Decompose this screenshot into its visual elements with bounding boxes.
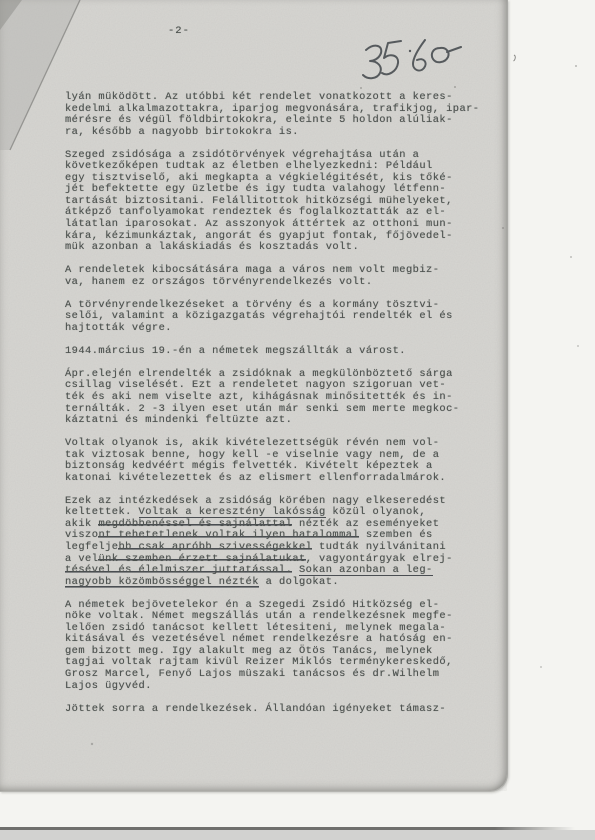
paragraph: Ápr.elején elrendelték a zsidóknak a meg… xyxy=(65,369,505,427)
text-line: káztatni és mindenki feltüzte azt. xyxy=(65,415,505,427)
text-segment: A rendeletek kibocsátására maga a város … xyxy=(65,264,439,276)
text-segment: a dolgokat. xyxy=(259,576,339,588)
text-line: Jöttek sorra a rendelkezések. Állandóan … xyxy=(65,704,505,716)
text-segment: látatlan iparosokat. Az asszonyok áttért… xyxy=(65,218,453,230)
text-line: Lajos ügyvéd. xyxy=(65,681,505,693)
text-segment: legfelje xyxy=(65,541,118,553)
text-segment: A törvényrendelkezéseket a törvény és a … xyxy=(65,299,439,311)
typewritten-text: lyán müködött. Az utóbbi két rendelet vo… xyxy=(65,92,505,727)
text-segment: Ezek az intézkedések a zsidóság körében … xyxy=(65,495,446,507)
text-segment: kára, kézimunkáztak, angorát és gyapjut … xyxy=(65,230,453,242)
pencil-underlined-text: nagyobb közömbösséggel nézték xyxy=(65,576,259,588)
paragraph: A rendeletek kibocsátására maga a város … xyxy=(65,265,505,288)
text-segment: selői, valamint a közigazgatás végrehajt… xyxy=(65,310,453,322)
page-number: -2- xyxy=(168,25,190,37)
pencil-struck-text: tésével és élelmiszer juttatással. xyxy=(65,564,292,576)
text-segment: ra, később a nagyobb birtokokra is. xyxy=(65,126,299,138)
text-segment: csillag viselését. Ezt a rendeletet nagy… xyxy=(65,379,446,391)
text-segment: 1944.március 19.-én a németek megszálltá… xyxy=(65,345,406,357)
text-segment: va, hanem ez országos törvényrendelkezés… xyxy=(65,276,373,288)
paragraph: Jöttek sorra a rendelkezések. Állandóan … xyxy=(65,704,505,716)
text-segment: nöke voltak. Német megszállás után a ren… xyxy=(65,610,453,622)
scanner-bed-strip xyxy=(0,830,595,840)
text-segment xyxy=(292,564,299,576)
text-segment: , vagyontárgyak elrej- xyxy=(306,553,453,565)
text-segment: Voltak olyanok is, akik kivételezettségü… xyxy=(65,437,439,449)
text-segment: lyán müködött. Az utóbbi két rendelet vo… xyxy=(65,91,453,103)
text-segment: lelően zsidó tanácsot kellett létesiteni… xyxy=(65,622,446,634)
text-segment: A németek bejövetelekor én a Szegedi Zsi… xyxy=(65,599,439,611)
text-segment: közül olyanok, xyxy=(326,506,426,518)
paragraph: 1944.március 19.-én a németek megszálltá… xyxy=(65,346,505,358)
text-line: va, hanem ez országos törvényrendelkezés… xyxy=(65,277,505,289)
scan-background: -2- lyán müködött. Az utóbbi két rendele… xyxy=(0,0,595,840)
text-segment: tagjai voltak rajtam kivül Reizer Miklós… xyxy=(65,656,453,668)
pencil-struck-text: bb csak apróbb szivességekkel xyxy=(118,541,312,553)
text-segment: következőképen tudtak az életben elhelye… xyxy=(65,160,433,172)
paragraph: A németek bejövetelekor én a Szegedi Zsi… xyxy=(65,600,505,692)
text-segment: tudták nyilvánitani xyxy=(312,541,446,553)
text-segment: jét befektette egy üzletbe és igy tudta … xyxy=(65,183,446,195)
text-line: ra, később a nagyobb birtokokra is. xyxy=(65,127,505,139)
text-line: nagyobb közömbösséggel nézték a dolgokat… xyxy=(65,577,505,589)
text-segment: ternálták. 2 -3 ilyen eset után már senk… xyxy=(65,403,459,415)
text-segment: keltettek. xyxy=(65,506,139,518)
text-segment: ték és aki nem viselte azt, kihágásnak m… xyxy=(65,391,453,403)
paragraph: A törvényrendelkezéseket a törvény és a … xyxy=(65,300,505,335)
text-segment: biztonság kedvéért mégis felvették. Kivé… xyxy=(65,460,433,472)
text-segment: átképző tanfolyamokat rendeztek és fogla… xyxy=(65,206,446,218)
text-segment: Jöttek sorra a rendelkezések. Állandóan … xyxy=(65,703,446,715)
pencil-struck-text: nt tehetetlenek voltak ilyen hatalommal xyxy=(98,529,359,541)
text-segment: viszo xyxy=(65,529,98,541)
pencil-underlined-text: Sokan azonban a leg- xyxy=(299,564,433,576)
text-line: katonai kivételezettek és az elismert el… xyxy=(65,473,505,485)
text-segment: egy tisztviselő, aki megkapta a végkielé… xyxy=(65,172,453,184)
text-line: 1944.március 19.-én a németek megszálltá… xyxy=(65,346,505,358)
text-segment: tak viztosak benne, hogy kell -e viselni… xyxy=(65,449,439,461)
text-segment: mük azonban a lakáskiadás és kosztadás v… xyxy=(65,241,359,253)
text-segment: Lajos ügyvéd. xyxy=(65,680,152,692)
text-line: hajtották végre. xyxy=(65,323,505,335)
text-segment: mérésre és végül földbirtokokra, eleinte… xyxy=(65,114,453,126)
text-segment: Szeged zsidósága a zsidótörvények végreh… xyxy=(65,149,419,161)
text-segment: szemben és xyxy=(359,529,433,541)
text-segment: a vel xyxy=(65,553,98,565)
paragraph: lyán müködött. Az utóbbi két rendelet vo… xyxy=(65,92,505,138)
paragraph: Voltak olyanok is, akik kivételezettségü… xyxy=(65,438,505,484)
pencil-struck-text: ünk szemben érzett sajnálatukat xyxy=(98,553,305,565)
text-segment: hajtották végre. xyxy=(65,322,172,334)
document-page: -2- lyán müködött. Az utóbbi két rendele… xyxy=(0,0,508,792)
text-line: mük azonban a lakáskiadás és kosztadás v… xyxy=(65,242,505,254)
text-segment: kedelmi alkalmazottakra, iparjog megvoná… xyxy=(65,103,480,115)
text-segment: Grosz Marcel, Fenyő Lajos müszaki tanács… xyxy=(65,668,439,680)
paragraph: Szeged zsidósága a zsidótörvények végreh… xyxy=(65,150,505,254)
text-segment: káztatni és mindenki feltüzte azt. xyxy=(65,414,292,426)
paragraph: Ezek az intézkedések a zsidóság körében … xyxy=(65,496,505,588)
pencil-underlined-text: Voltak a keresztény lakósság xyxy=(139,506,326,518)
text-segment: katonai kivételezettek és az elismert el… xyxy=(65,472,446,484)
text-segment: kitásával és vezetésével német rendelkez… xyxy=(65,633,453,645)
